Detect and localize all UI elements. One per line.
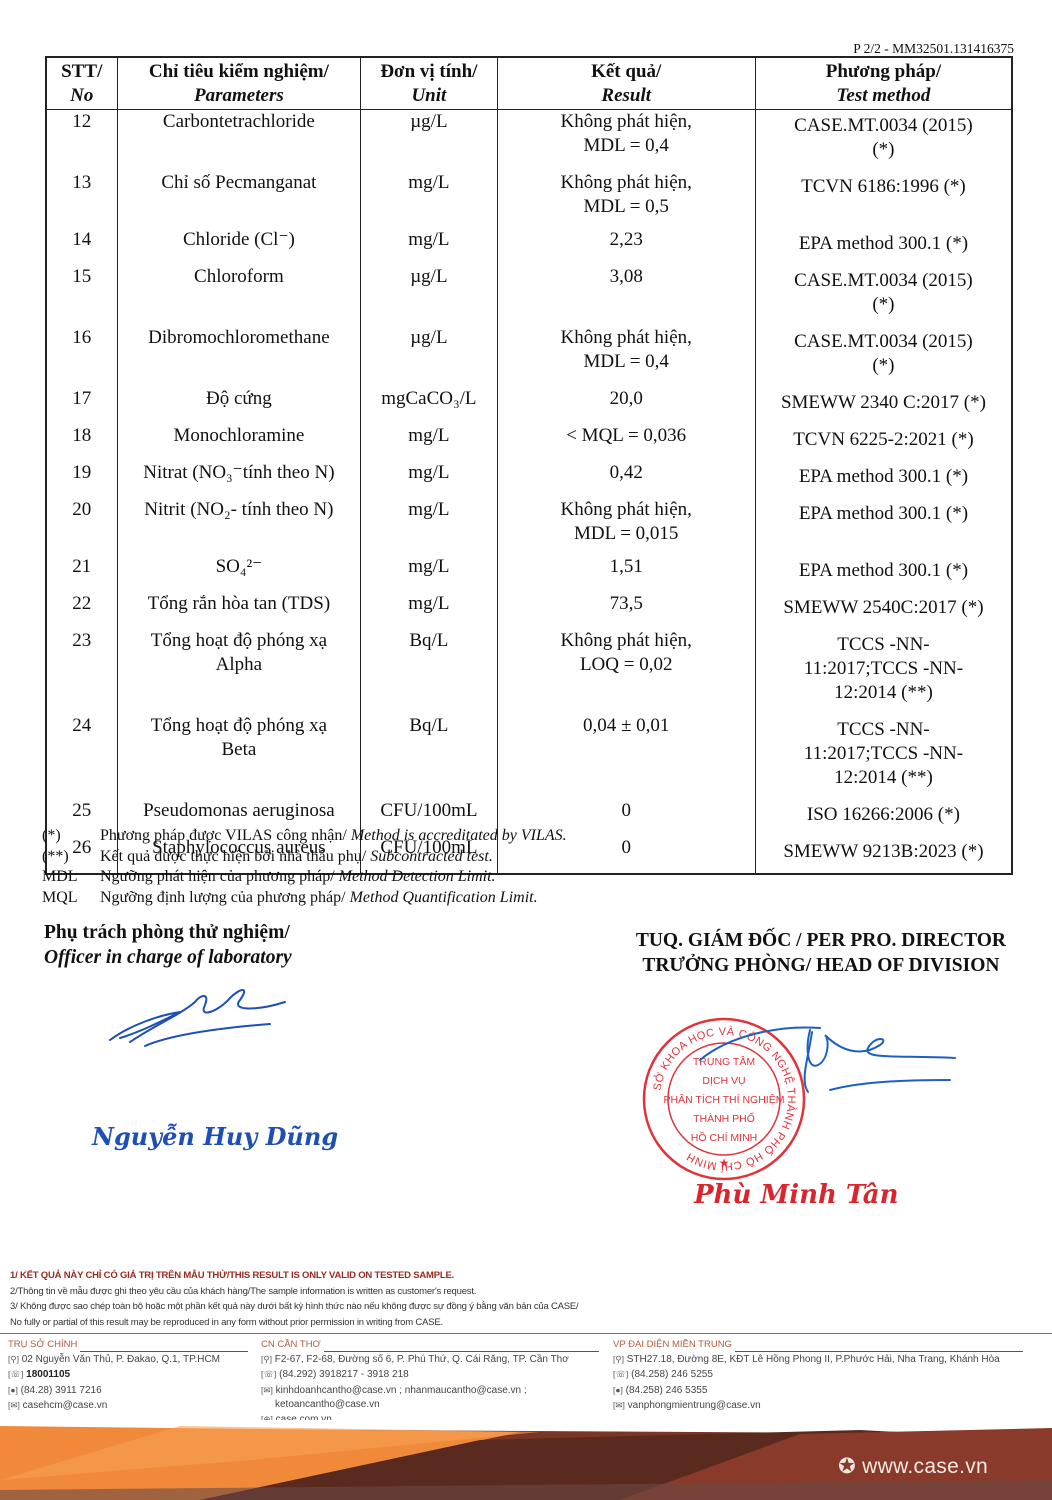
cell-result: Không phát hiện,MDL = 0,015 <box>497 498 755 555</box>
column-header-vi: Chỉ tiêu kiểm nghiệm/ <box>122 60 357 84</box>
officer-title-vi: Phụ trách phòng thử nghiệm/ <box>44 920 292 945</box>
disclaimer-line: 1/ KẾT QUẢ NÀY CHỈ CÓ GIÁ TRỊ TRÊN MẪU T… <box>10 1268 578 1284</box>
cell-method: SMEWW 9213B:2023 (*) <box>755 836 1012 874</box>
note-item: MQLNgưỡng định lượng của phương pháp/ Me… <box>42 888 567 909</box>
cell-result: 73,5 <box>497 592 755 629</box>
cell-no: 20 <box>46 498 117 555</box>
note-item: MDLNgưỡng phát hiện của phương pháp/ Met… <box>42 867 567 888</box>
table-row: 19Nitrat (NO₃⁻tính theo N)mg/L0,42EPA me… <box>46 461 1012 498</box>
cell-param: Tổng hoạt độ phóng xạBeta <box>117 714 361 799</box>
note-text: Kết quả được thực hiện bởi nhà thầu phụ/… <box>100 847 493 868</box>
disclaimer: 1/ KẾT QUẢ NÀY CHỈ CÓ GIÁ TRỊ TRÊN MẪU T… <box>10 1268 578 1330</box>
cell-no: 18 <box>46 424 117 461</box>
cell-result: 1,51 <box>497 555 755 592</box>
cell-param: Độ cứng <box>117 387 361 424</box>
cell-result: Không phát hiện,LOQ = 0,02 <box>497 629 755 714</box>
table-header-row: STT/NoChỉ tiêu kiểm nghiệm/ParametersĐơn… <box>46 57 1012 110</box>
director-title: TUQ. GIÁM ĐỐC / PER PRO. DIRECTOR TRƯỞNG… <box>636 928 1006 978</box>
cell-no: 14 <box>46 228 117 265</box>
cell-method: CASE.MT.0034 (2015)(*) <box>755 326 1012 387</box>
column-header-vi: STT/ <box>51 60 113 84</box>
table-row: 17Độ cứngmgCaCO₃/L20,0SMEWW 2340 C:2017 … <box>46 387 1012 424</box>
cell-no: 15 <box>46 265 117 326</box>
office-hq-fax: [●] (84.28) 3911 7216 <box>8 1383 248 1398</box>
cell-method: SMEWW 2540C:2017 (*) <box>755 592 1012 629</box>
cell-unit: mg/L <box>361 228 497 265</box>
document-reference: P 2/2 - MM32501.131416375 <box>853 41 1014 57</box>
cell-unit: µg/L <box>361 326 497 387</box>
cell-param: Tổng rắn hòa tan (TDS) <box>117 592 361 629</box>
cell-method: EPA method 300.1 (*) <box>755 228 1012 265</box>
office-cantho-phone: [☏] (84.292) 3918217 - 3918 218 <box>261 1367 599 1382</box>
phone-icon: [☏] <box>261 1369 276 1379</box>
cell-method: TCCS -NN-11:2017;TCCS -NN-12:2014 (**) <box>755 714 1012 799</box>
column-header-method: Phương pháp/Test method <box>755 57 1012 110</box>
results-table: STT/NoChỉ tiêu kiểm nghiệm/ParametersĐơn… <box>45 56 1013 875</box>
cell-unit: µg/L <box>361 265 497 326</box>
table-row: 15Chloroformµg/L3,08CASE.MT.0034 (2015)(… <box>46 265 1012 326</box>
cell-method: TCVN 6225-2:2021 (*) <box>755 424 1012 461</box>
office-hq-title: TRỤ SỞ CHÍNH <box>8 1338 248 1352</box>
table-row: 16Dibromochloromethaneµg/LKhông phát hiệ… <box>46 326 1012 387</box>
cell-result: 3,08 <box>497 265 755 326</box>
column-header-param: Chỉ tiêu kiểm nghiệm/Parameters <box>117 57 361 110</box>
location-icon: [⚲] <box>261 1354 272 1364</box>
cell-result: < MQL = 0,036 <box>497 424 755 461</box>
cell-param: Chloride (Cl⁻) <box>117 228 361 265</box>
director-name: Phù Minh Tân <box>694 1180 899 1210</box>
footer-divider <box>0 1333 1052 1334</box>
cell-method: EPA method 300.1 (*) <box>755 498 1012 555</box>
office-cantho-email: [✉] kinhdoanhcantho@case.vn ; nhanmaucan… <box>261 1383 599 1398</box>
cell-unit: Bq/L <box>361 629 497 714</box>
cell-param: Chỉ số Pecmanganat <box>117 171 361 228</box>
table-row: 18Monochloraminemg/L< MQL = 0,036TCVN 62… <box>46 424 1012 461</box>
cell-param: Nitrat (NO₃⁻tính theo N) <box>117 461 361 498</box>
cell-no: 13 <box>46 171 117 228</box>
cell-result: Không phát hiện,MDL = 0,5 <box>497 171 755 228</box>
svg-text:HỒ CHÍ MINH: HỒ CHÍ MINH <box>691 1131 758 1144</box>
cell-method: EPA method 300.1 (*) <box>755 461 1012 498</box>
cell-result: 0,42 <box>497 461 755 498</box>
column-header-en: Unit <box>365 84 492 108</box>
cell-unit: mg/L <box>361 171 497 228</box>
fax-icon: [●] <box>8 1385 18 1395</box>
column-header-vi: Phương pháp/ <box>760 60 1007 84</box>
location-icon: [⚲] <box>613 1354 624 1364</box>
cell-method: TCCS -NN-11:2017;TCCS -NN-12:2014 (**) <box>755 629 1012 714</box>
cell-no: 17 <box>46 387 117 424</box>
svg-text:THÀNH PHỐ: THÀNH PHỐ <box>693 1111 755 1125</box>
table-row: 12Carbontetrachlorideµg/LKhông phát hiện… <box>46 110 1012 172</box>
cell-result: Không phát hiện,MDL = 0,4 <box>497 326 755 387</box>
cell-no: 23 <box>46 629 117 714</box>
cell-unit: mg/L <box>361 498 497 555</box>
phone-icon: [☏] <box>8 1369 23 1379</box>
cell-result: 2,23 <box>497 228 755 265</box>
cell-param: Carbontetrachloride <box>117 110 361 172</box>
cell-unit: mg/L <box>361 592 497 629</box>
office-central-phone: [☏] (84.258) 246 5255 <box>613 1367 1033 1382</box>
cell-param: Monochloramine <box>117 424 361 461</box>
cell-result: Không phát hiện,MDL = 0,4 <box>497 110 755 172</box>
legend-notes: (*)Phương pháp được VILAS công nhận/ Met… <box>42 826 567 908</box>
cell-no: 22 <box>46 592 117 629</box>
table-row: 24Tổng hoạt độ phóng xạBetaBq/L0,04 ± 0,… <box>46 714 1012 799</box>
director-title-line1: TUQ. GIÁM ĐỐC / PER PRO. DIRECTOR <box>636 928 1006 953</box>
director-title-line2: TRƯỞNG PHÒNG/ HEAD OF DIVISION <box>636 953 1006 978</box>
cell-method: CASE.MT.0034 (2015)(*) <box>755 265 1012 326</box>
cell-result: 20,0 <box>497 387 755 424</box>
cell-unit: mg/L <box>361 461 497 498</box>
office-central-title: VP ĐẠI DIỆN MIỀN TRUNG <box>613 1338 1033 1352</box>
office-central: VP ĐẠI DIỆN MIỀN TRUNG [⚲] STH27.18, Đườ… <box>613 1338 1033 1413</box>
table-row: 21SO₄²⁻mg/L1,51EPA method 300.1 (*) <box>46 555 1012 592</box>
note-text: Phương pháp được VILAS công nhận/ Method… <box>100 826 567 847</box>
table-row: 22Tổng rắn hòa tan (TDS)mg/L73,5SMEWW 25… <box>46 592 1012 629</box>
column-header-en: Test method <box>760 84 1007 108</box>
office-central-fax: [●] (84.258) 246 5355 <box>613 1383 1033 1398</box>
note-key: MQL <box>42 888 100 909</box>
cell-method: EPA method 300.1 (*) <box>755 555 1012 592</box>
officer-title: Phụ trách phòng thử nghiệm/ Officer in c… <box>44 920 292 970</box>
column-header-unit: Đơn vị tính/Unit <box>361 57 497 110</box>
cell-method: SMEWW 2340 C:2017 (*) <box>755 387 1012 424</box>
cell-param: Chloroform <box>117 265 361 326</box>
office-hq: TRỤ SỞ CHÍNH [⚲] 02 Nguyễn Văn Thủ, P. Đ… <box>8 1338 248 1413</box>
cell-no: 12 <box>46 110 117 172</box>
column-header-vi: Kết quả/ <box>502 60 751 84</box>
cell-param: Tổng hoạt độ phóng xạAlpha <box>117 629 361 714</box>
email-icon: [✉] <box>613 1400 625 1410</box>
fax-icon: [●] <box>613 1385 623 1395</box>
office-cantho-email-2: ketoancantho@case.vn <box>261 1398 599 1412</box>
cell-param: Nitrit (NO₂- tính theo N) <box>117 498 361 555</box>
office-central-address: [⚲] STH27.18, Đường 8E, KĐT Lê Hồng Phon… <box>613 1352 1033 1367</box>
cell-unit: mgCaCO₃/L <box>361 387 497 424</box>
table-row: 20Nitrit (NO₂- tính theo N)mg/LKhông phá… <box>46 498 1012 555</box>
table-row: 23Tổng hoạt độ phóng xạAlphaBq/LKhông ph… <box>46 629 1012 714</box>
cell-no: 21 <box>46 555 117 592</box>
note-item: (**) Kết quả được thực hiện bởi nhà thầu… <box>42 847 567 868</box>
table-row: 14Chloride (Cl⁻)mg/L2,23EPA method 300.1… <box>46 228 1012 265</box>
note-key: (*) <box>42 826 100 847</box>
note-key: MDL <box>42 867 100 888</box>
cell-no: 24 <box>46 714 117 799</box>
column-header-no: STT/No <box>46 57 117 110</box>
officer-name: Nguyễn Huy Dũng <box>92 1122 338 1151</box>
cell-param: SO₄²⁻ <box>117 555 361 592</box>
cell-unit: µg/L <box>361 110 497 172</box>
column-header-en: Parameters <box>122 84 357 108</box>
phone-icon: [☏] <box>613 1369 628 1379</box>
cell-method: TCVN 6186:1996 (*) <box>755 171 1012 228</box>
office-central-email: [✉] vanphongmientrung@case.vn <box>613 1398 1033 1413</box>
column-header-en: No <box>51 84 113 108</box>
office-hq-phone: [☏] 18001105 <box>8 1367 248 1382</box>
officer-title-en: Officer in charge of laboratory <box>44 945 292 970</box>
cell-method: CASE.MT.0034 (2015)(*) <box>755 110 1012 172</box>
office-hq-email: [✉] casehcm@case.vn <box>8 1398 248 1413</box>
office-cantho-title: CN CẦN THƠ <box>261 1338 599 1352</box>
cell-no: 16 <box>46 326 117 387</box>
director-signature-icon <box>690 1020 960 1100</box>
note-text: Ngưỡng phát hiện của phương pháp/ Method… <box>100 867 496 888</box>
cell-unit: mg/L <box>361 555 497 592</box>
office-cantho: CN CẦN THƠ [⚲] F2-67, F2-68, Đường số 6,… <box>261 1338 599 1427</box>
office-hq-address: [⚲] 02 Nguyễn Văn Thủ, P. Đakao, Q.1, TP… <box>8 1352 248 1367</box>
column-header-vi: Đơn vị tính/ <box>365 60 492 84</box>
column-header-result: Kết quả/Result <box>497 57 755 110</box>
cell-method: ISO 16266:2006 (*) <box>755 799 1012 836</box>
officer-signature-icon <box>100 980 300 1050</box>
email-icon: [✉] <box>8 1400 20 1410</box>
svg-text:★: ★ <box>719 1156 730 1170</box>
note-key: (**) <box>42 847 100 868</box>
note-text: Ngưỡng định lượng của phương pháp/ Metho… <box>100 888 538 909</box>
website-link[interactable]: ✪ www.case.vn <box>838 1454 988 1479</box>
table-row: 13Chỉ số Pecmanganatmg/LKhông phát hiện,… <box>46 171 1012 228</box>
location-icon: [⚲] <box>8 1354 19 1364</box>
cell-unit: mg/L <box>361 424 497 461</box>
cell-result: 0,04 ± 0,01 <box>497 714 755 799</box>
disclaimer-line: 2/Thông tin về mẫu được ghi theo yêu cầu… <box>10 1284 578 1300</box>
globe-icon: ✪ <box>838 1455 856 1478</box>
cell-param: Dibromochloromethane <box>117 326 361 387</box>
note-item: (*)Phương pháp được VILAS công nhận/ Met… <box>42 826 567 847</box>
cell-no: 19 <box>46 461 117 498</box>
email-icon: [✉] <box>261 1385 273 1395</box>
disclaimer-line: 3/ Không được sao chép toàn bộ hoặc một … <box>10 1299 578 1315</box>
office-cantho-address: [⚲] F2-67, F2-68, Đường số 6, P. Phú Thứ… <box>261 1352 599 1367</box>
cell-unit: Bq/L <box>361 714 497 799</box>
column-header-en: Result <box>502 84 751 108</box>
disclaimer-line: No fully or partial of this result may b… <box>10 1315 578 1331</box>
